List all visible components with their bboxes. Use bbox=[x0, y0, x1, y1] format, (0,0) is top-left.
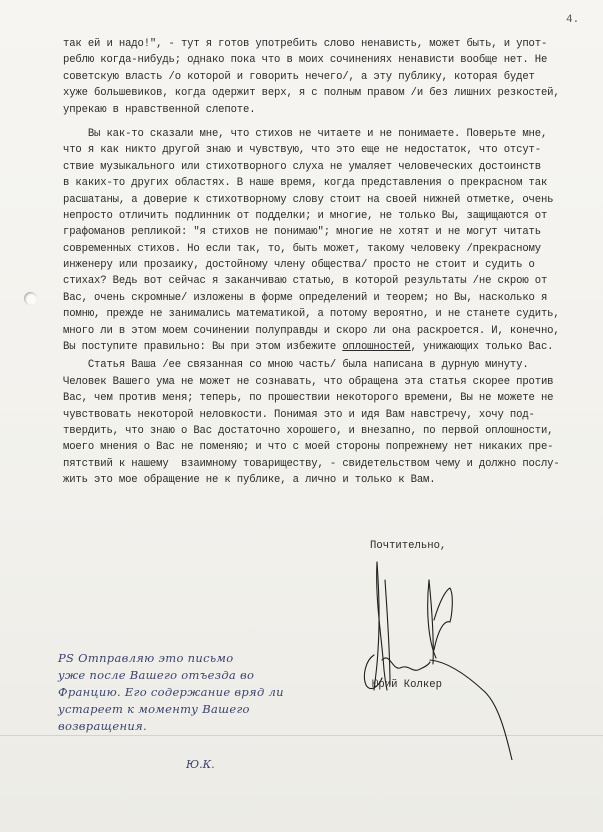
text-line: много ли в этом моем сочинении полуправд… bbox=[63, 323, 593, 339]
text-line: чувствовать некоторой неловкости. Понима… bbox=[63, 407, 593, 423]
text-line: ствие музыкального или стихотворного слу… bbox=[63, 159, 593, 175]
letter-body: так ей и надо!", - тут я готов употребит… bbox=[63, 36, 593, 489]
signer-name: Юрий Колкер bbox=[372, 679, 442, 691]
postscript-line: PS Отправляю это письмо bbox=[58, 650, 358, 667]
postscript-initials: Ю.К. bbox=[186, 758, 215, 771]
text-line: графоманов репликой: "я стихов не понима… bbox=[63, 224, 593, 240]
text-line: жить это мое обращение не к публике, а л… bbox=[63, 472, 593, 488]
text-line: упрекаю в нравственной слепоте. bbox=[63, 102, 593, 118]
postscript-line: возвращения. bbox=[58, 718, 358, 735]
text-line: Человек Вашего ума не может не сознавать… bbox=[63, 374, 593, 390]
text-line: хуже большевиков, когда одержит верх, я … bbox=[63, 85, 593, 101]
text-line: твердить, что знаю о Вас достаточно хоро… bbox=[63, 423, 593, 439]
postscript-line: устареет к моменту Вашего bbox=[58, 701, 358, 718]
text-line: Вас, чем против меня; теперь, по прошест… bbox=[63, 390, 593, 406]
paragraph-gap bbox=[63, 118, 593, 126]
letter-page: 4. так ей и надо!", - тут я готов употре… bbox=[0, 0, 603, 832]
text-line: Вы как-то сказали мне, что стихов не чит… bbox=[63, 126, 593, 142]
text-line: современных стихов. Но если так, то, быт… bbox=[63, 241, 593, 257]
text-line: помню, прежде не занимались математикой,… bbox=[63, 306, 593, 322]
text-line: расшатаны, а доверие к стихотворному сло… bbox=[63, 192, 593, 208]
text-line: в каких-то других областях. В наше время… bbox=[63, 175, 593, 191]
text-line: стихах? Ведь вот сейчас я заканчиваю ста… bbox=[63, 273, 593, 289]
handwritten-signature bbox=[360, 560, 560, 760]
text-line: непросто отличить подлинник от подделки;… bbox=[63, 208, 593, 224]
closing-salutation: Почтительно, bbox=[370, 540, 446, 552]
handwritten-postscript: PS Отправляю это письмоуже после Вашего … bbox=[58, 650, 358, 735]
text-line: инженеру или прозаику, достойному члену … bbox=[63, 257, 593, 273]
postscript-line: Францию. Его содержание вряд ли bbox=[58, 684, 358, 701]
text-line: советскую власть /о которой и говорить н… bbox=[63, 69, 593, 85]
text-line: так ей и надо!", - тут я готов употребит… bbox=[63, 36, 593, 52]
text-line: пятствий к нашему взаимному товариществу… bbox=[63, 456, 593, 472]
text-line: Статья Ваша /ее связанная со мною часть/… bbox=[63, 357, 593, 373]
text-line: что я как никто другой знаю и чувствую, … bbox=[63, 142, 593, 158]
page-number: 4. bbox=[566, 14, 579, 26]
underlined-word: оплошностей bbox=[342, 341, 410, 353]
text-line: моего мнения о Вас не поменяю; и что с м… bbox=[63, 439, 593, 455]
postscript-line: уже после Вашего отъезда во bbox=[58, 667, 358, 684]
text-line: Вас, очень скромные/ изложены в форме оп… bbox=[63, 290, 593, 306]
punch-hole bbox=[24, 292, 37, 305]
text-line: реблю когда-нибудь; однако пока что в мо… bbox=[63, 52, 593, 68]
text-line: Вы поступите правильно: Вы при этом избе… bbox=[63, 339, 593, 355]
